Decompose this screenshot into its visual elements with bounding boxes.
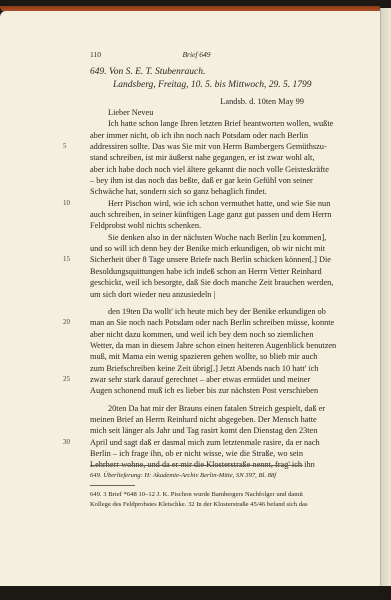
- text-line: 30April und sagt daß er dasmal mich zum …: [90, 437, 303, 448]
- line-text: Augen schonend muß ich es lieber bis zur…: [90, 386, 318, 395]
- line-text: meinen Brief an Herrn Reinhard nicht abg…: [90, 415, 317, 424]
- line-text: Feldprobst wohl nichts schenken.: [90, 221, 201, 230]
- text-line: Ich hatte schon lange Ihren letzten Brie…: [90, 118, 303, 129]
- text-line: 20ten Da hat mir der Brauns einen fatale…: [90, 403, 303, 414]
- line-text: aber immer nicht, ob ich ihn noch nach P…: [90, 131, 308, 140]
- text-line: Schwäche hat, sondern sich so ganz behag…: [90, 186, 303, 197]
- line-text: Sicherheit über 8 Tage unsere Briefe nac…: [90, 255, 331, 264]
- text-line: Besoldungsquittungen habe ich indeß scho…: [90, 266, 303, 277]
- line-text: April und sagt daß er dasmal mich zum le…: [90, 438, 320, 447]
- line-text: 20ten Da hat mir der Brauns einen fatale…: [108, 404, 325, 413]
- text-line: meinen Brief an Herrn Reinhard nicht abg…: [90, 414, 303, 425]
- commentary-line: 649. 3 Brief *648 10–12 J. K. Pischon wu…: [90, 490, 303, 500]
- text-line: Wetter, da man in diesem Jahre schon ein…: [90, 340, 303, 351]
- running-title: Brief 649: [90, 50, 303, 59]
- text-line: um sich dort wieder neu anzusiedeln |: [90, 289, 303, 300]
- text-line: geschickt, weil ich besorgte, daß Sie do…: [90, 277, 303, 288]
- line-text: um sich dort wieder neu anzusiedeln |: [90, 290, 215, 299]
- line-text: Lieber Neveu: [108, 108, 153, 117]
- text-line: – bey ihm ist das noch das beßte, daß er…: [90, 175, 303, 186]
- commentary-line: Kollege des Feldprobstes Kletschke. 32 I…: [90, 500, 303, 510]
- line-number: 25: [63, 374, 70, 385]
- text-line: 5addressiren sollte. Das was Sie mir von…: [90, 141, 303, 152]
- line-number: 5: [63, 141, 67, 152]
- text-line: aber nicht dazu kommen, und weil ich bey…: [90, 329, 303, 340]
- line-text: stand schreiben, ist mir äußerst nahe ge…: [90, 153, 314, 162]
- line-number: 15: [63, 254, 70, 265]
- text-line: Sie denken also in der nächsten Woche na…: [90, 232, 303, 243]
- text-line: aber ich habe doch noch viel ältere geka…: [90, 164, 303, 175]
- line-number: 30: [63, 437, 70, 448]
- line-text: – bey ihm ist das noch das beßte, daß er…: [90, 176, 313, 185]
- text-line: 15Sicherheit über 8 Tage unsere Briefe n…: [90, 254, 303, 265]
- line-text: Schwäche hat, sondern sich so ganz behag…: [90, 187, 267, 196]
- letter-body: Lieber NeveuIch hatte schon lange Ihren …: [90, 107, 303, 471]
- line-text: addressiren sollte. Das was Sie mir von …: [90, 142, 327, 151]
- line-text: man an Sie noch nach Potsdam oder nach B…: [90, 318, 334, 327]
- text-line: 10Herr Pischon wird, wie ich schon vermu…: [90, 198, 303, 209]
- text-line: stand schreiben, ist mir äußerst nahe ge…: [90, 152, 303, 163]
- line-text: Berlin – ich frage ihn, ob er nicht wiss…: [90, 449, 303, 458]
- text-line: 25zwar sehr stark darauf gerechnet – abe…: [90, 374, 303, 385]
- letter-heading-place-date: Landsberg, Freitag, 10. 5. bis Mittwoch,…: [113, 80, 312, 90]
- line-text: und so will ich denn bey der Benike mich…: [90, 244, 325, 253]
- notes-divider: [90, 485, 135, 486]
- line-number: 20: [63, 317, 70, 328]
- line-text: zum Briefschreiben keine Zeit übrig[.] J…: [90, 364, 318, 373]
- line-text: aber nicht dazu kommen, und weil ich bey…: [90, 330, 314, 339]
- text-line: Berlin – ich frage ihn, ob er nicht wiss…: [90, 448, 303, 459]
- text-line: und so will ich denn bey der Benike mich…: [90, 243, 303, 254]
- text-line: zum Briefschreiben keine Zeit übrig[.] J…: [90, 363, 303, 374]
- line-text: mich seit länger als Jahr und Tag rasirt…: [90, 426, 317, 435]
- commentary-notes: 649. 3 Brief *648 10–12 J. K. Pischon wu…: [90, 490, 303, 510]
- line-text: auch schreiben, in seiner künftigen Lage…: [90, 210, 331, 219]
- line-text: den 19ten Da wollt' ich heute mich bey d…: [108, 307, 326, 316]
- letter-dateline: Landsb. d. 10ten May 99: [220, 97, 304, 106]
- text-line: muß, mit Mama ein wenig spazieren gehen …: [90, 351, 303, 362]
- line-number: 10: [63, 198, 70, 209]
- text-line: 20man an Sie noch nach Potsdam oder nach…: [90, 317, 303, 328]
- line-text: zwar sehr stark darauf gerechnet – aber …: [90, 375, 310, 384]
- book-bottom-shadow: [0, 586, 391, 600]
- letter-heading-sender: 649. Von S. E. T. Stubenrauch.: [90, 67, 205, 77]
- line-text: muß, mit Mama ein wenig spazieren gehen …: [90, 352, 317, 361]
- text-line: Feldprobst wohl nichts schenken.: [90, 220, 303, 231]
- page-stack-edge: [380, 8, 391, 592]
- text-line: mich seit länger als Jahr und Tag rasirt…: [90, 425, 303, 436]
- line-text: Besoldungsquittungen habe ich indeß scho…: [90, 267, 322, 276]
- apparatus-divider: [90, 465, 303, 466]
- line-text: geschickt, weil ich besorgte, daß Sie do…: [90, 278, 333, 287]
- text-line: auch schreiben, in seiner künftigen Lage…: [90, 209, 303, 220]
- text-line: aber immer nicht, ob ich ihn noch nach P…: [90, 130, 303, 141]
- line-text: Ich hatte schon lange Ihren letzten Brie…: [108, 119, 333, 128]
- transmission-note: 649. Überlieferung: H: Akademie-Archiv B…: [90, 472, 276, 479]
- text-line: Augen schonend muß ich es lieber bis zur…: [90, 385, 303, 396]
- line-text: Wetter, da man in diesem Jahre schon ein…: [90, 341, 336, 350]
- text-line: den 19ten Da wollt' ich heute mich bey d…: [90, 306, 303, 317]
- text-line: Lieber Neveu: [90, 107, 303, 118]
- line-text: aber ich habe doch noch viel ältere geka…: [90, 165, 329, 174]
- line-text: Herr Pischon wird, wie ich schon vermuth…: [108, 199, 330, 208]
- line-text: Sie denken also in der nächsten Woche na…: [108, 233, 326, 242]
